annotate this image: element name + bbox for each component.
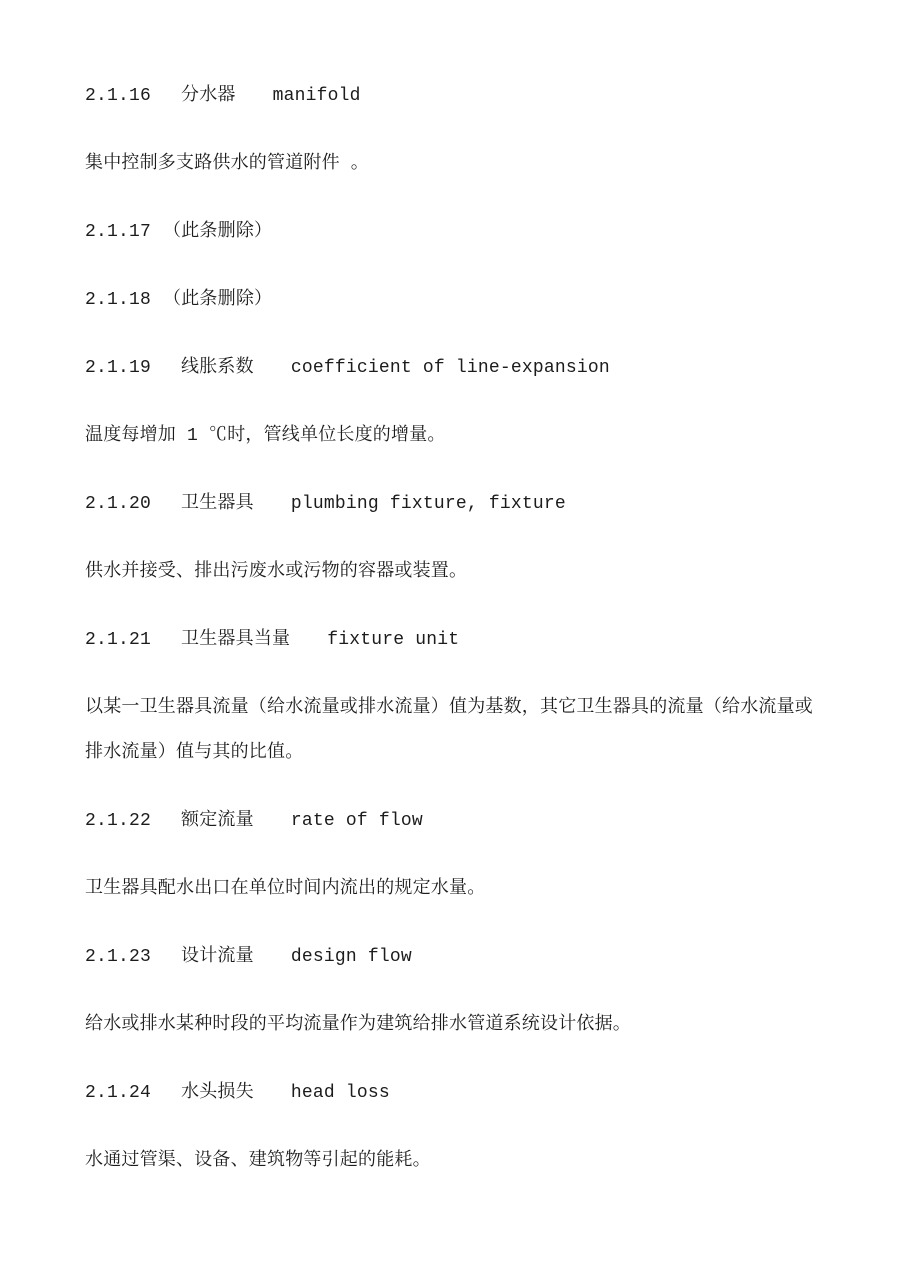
term-entry: 2.1.19线胀系数coefficient of line-expansion … [85,346,817,459]
term-chinese: 卫生器具当量 [181,630,290,650]
term-english: rate of flow [291,811,423,831]
document-page: 2.1.16分水器manifold 集中控制多支路供水的管道附件 。 2.1.1… [0,0,900,1273]
term-chinese: 分水器 [181,86,236,106]
term-chinese: 线胀系数 [181,358,254,378]
term-entry: 2.1.18（此条删除） [85,278,817,323]
term-chinese: （此条删除） [163,290,272,310]
term-chinese: 额定流量 [181,811,254,831]
term-heading: 2.1.20卫生器具plumbing fixture, fixture [85,482,817,527]
term-heading: 2.1.19线胀系数coefficient of line-expansion [85,346,817,391]
term-entry: 2.1.20卫生器具plumbing fixture, fixture 供水并接… [85,482,817,595]
term-english: manifold [273,86,361,106]
term-entry: 2.1.24水头损失head loss 水通过管渠、设备、建筑物等引起的能耗。 [85,1071,817,1184]
term-heading: 2.1.17（此条删除） [85,210,817,255]
term-entry: 2.1.16分水器manifold 集中控制多支路供水的管道附件 。 [85,74,817,187]
term-english: fixture unit [327,630,459,650]
term-chinese: 设计流量 [181,947,254,967]
term-chinese: 水头损失 [181,1083,254,1103]
term-heading: 2.1.22额定流量rate of flow [85,799,817,844]
term-chinese: （此条删除） [163,222,272,242]
term-number: 2.1.22 [85,811,151,831]
term-english: coefficient of line-expansion [291,358,610,378]
term-definition: 温度每增加 1 ℃时，管线单位长度的增量。 [85,414,817,459]
term-number: 2.1.18 [85,290,151,310]
term-heading: 2.1.23设计流量design flow [85,935,817,980]
term-entry: 2.1.21卫生器具当量fixture unit 以某一卫生器具流量（给水流量或… [85,618,817,776]
term-number: 2.1.20 [85,494,151,514]
term-number: 2.1.23 [85,947,151,967]
term-number: 2.1.24 [85,1083,151,1103]
term-definition: 水通过管渠、设备、建筑物等引起的能耗。 [85,1139,817,1184]
term-heading: 2.1.24水头损失head loss [85,1071,817,1116]
term-definition: 以某一卫生器具流量（给水流量或排水流量）值为基数，其它卫生器具的流量（给水流量或… [85,686,817,776]
term-english: design flow [291,947,412,967]
term-english: head loss [291,1083,390,1103]
term-number: 2.1.16 [85,86,151,106]
term-definition: 给水或排水某种时段的平均流量作为建筑给排水管道系统设计依据。 [85,1003,817,1048]
term-chinese: 卫生器具 [181,494,254,514]
term-entry: 2.1.22额定流量rate of flow 卫生器具配水出口在单位时间内流出的… [85,799,817,912]
term-entry: 2.1.17（此条删除） [85,210,817,255]
term-heading: 2.1.18（此条删除） [85,278,817,323]
term-definition: 集中控制多支路供水的管道附件 。 [85,142,817,187]
term-definition: 卫生器具配水出口在单位时间内流出的规定水量。 [85,867,817,912]
term-english: plumbing fixture, fixture [291,494,566,514]
term-number: 2.1.17 [85,222,151,242]
terminology-section: 2.1.16分水器manifold 集中控制多支路供水的管道附件 。 2.1.1… [85,74,817,1184]
term-number: 2.1.21 [85,630,151,650]
term-entry: 2.1.23设计流量design flow 给水或排水某种时段的平均流量作为建筑… [85,935,817,1048]
term-heading: 2.1.21卫生器具当量fixture unit [85,618,817,663]
term-definition: 供水并接受、排出污废水或污物的容器或装置。 [85,550,817,595]
term-number: 2.1.19 [85,358,151,378]
term-heading: 2.1.16分水器manifold [85,74,817,119]
